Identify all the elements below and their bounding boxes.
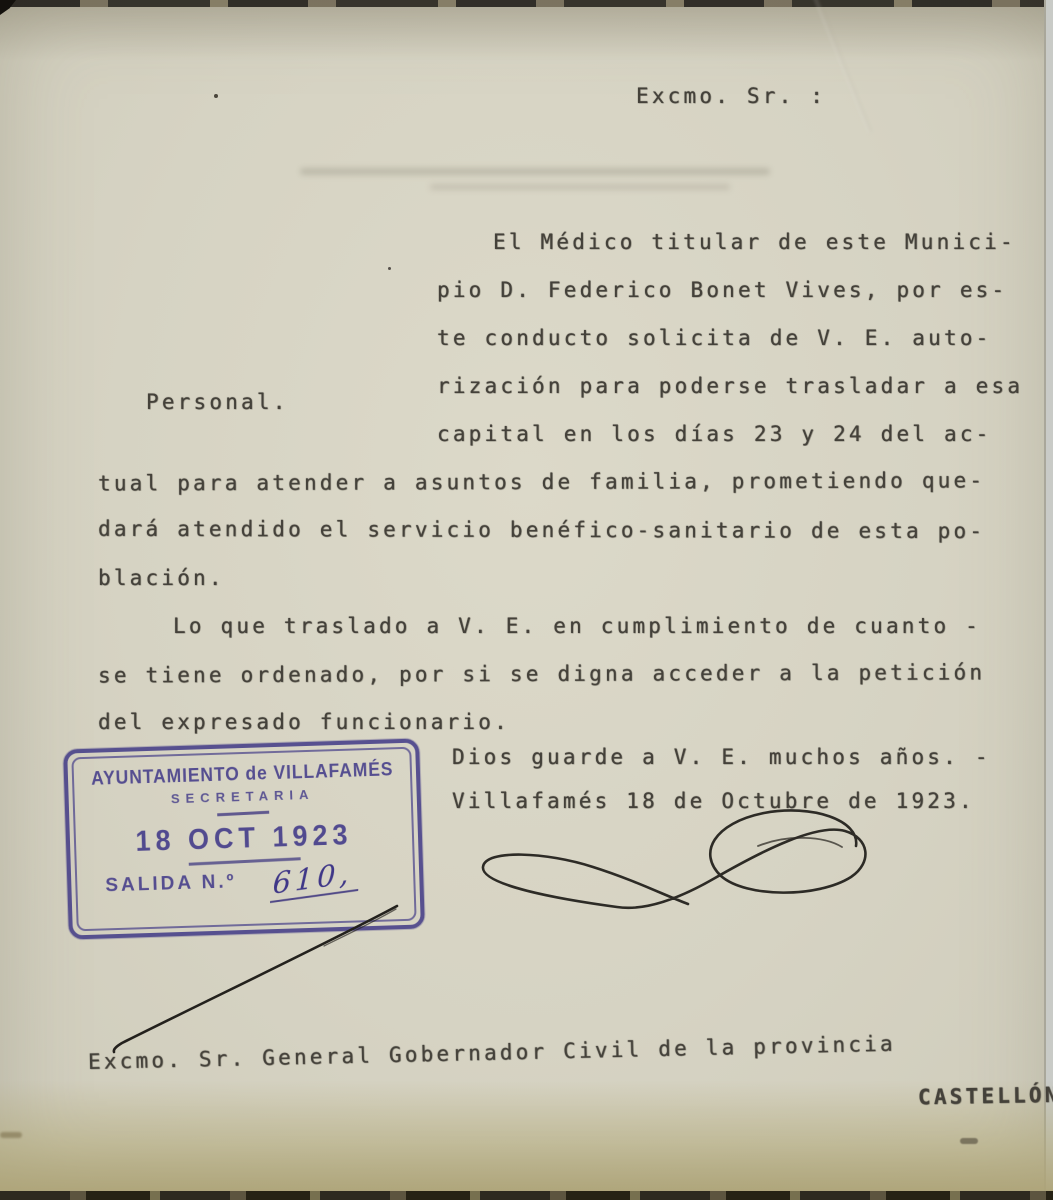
body-line: Lo que traslado a V. E. en cumplimiento … [173, 614, 981, 638]
closing-formula: Dios guarde a V. E. muchos años. - [452, 745, 991, 769]
stamp-exit-number: 610, [270, 855, 359, 904]
body-line: te conducto solicita de V. E. auto- [437, 326, 992, 350]
signature-flourish [0, 0, 1053, 1200]
ink-speck [0, 1132, 22, 1138]
stamp-department: SECRETARIA [171, 787, 315, 807]
ink-speck [960, 1138, 978, 1144]
margin-note: Personal. [146, 390, 289, 414]
stamp-exit-label: SALIDA N.º [105, 871, 237, 897]
salutation: Excmo. Sr. : [636, 84, 826, 108]
stamp-organization: AYUNTAMIENTO de VILLAFAMÉS [91, 759, 394, 790]
body-line: dará atendido el servicio benéfico-sanit… [98, 517, 985, 543]
stamp-exit-row: SALIDA N.º 610, [105, 867, 360, 903]
scan-top-edge [0, 0, 1053, 7]
addressee-city: CASTELLÓN. [918, 1083, 1053, 1110]
registry-stamp: AYUNTAMIENTO de VILLAFAMÉS SECRETARIA 18… [63, 738, 425, 939]
place-and-date: Villafamés 18 de Octubre de 1923. [452, 789, 975, 813]
ink-showthrough [430, 184, 730, 190]
ink-speck [214, 94, 218, 98]
body-line: del expresado funcionario. [98, 710, 510, 734]
addressee-line: Excmo. Sr. General Gobernador Civil de l… [88, 1032, 896, 1074]
ink-showthrough [300, 168, 770, 175]
scan-right-edge [1044, 0, 1053, 1200]
document-page: Excmo. Sr. : Personal. El Médico titular… [0, 0, 1053, 1200]
body-line: capital en los días 23 y 24 del ac- [437, 422, 992, 446]
scan-top-shadow [0, 7, 1053, 61]
paper-discoloration [0, 1080, 1053, 1200]
body-line: tual para atender a asuntos de familia, … [98, 468, 985, 495]
body-line: El Médico titular de este Munici- [493, 230, 1016, 254]
body-line: pio D. Federico Bonet Vives, por es- [437, 278, 1007, 302]
body-line: se tiene ordenado, por si se digna acced… [98, 660, 985, 687]
stamp-date: 18 OCT 1923 [135, 819, 353, 858]
stamp-rule [217, 811, 269, 817]
scan-bottom-edge [0, 1191, 1053, 1200]
registry-stamp-inner-border: AYUNTAMIENTO de VILLAFAMÉS SECRETARIA 18… [71, 747, 416, 932]
body-line: blación. [98, 566, 225, 590]
body-line: rización para poderse trasladar a esa [437, 374, 1023, 398]
ink-speck [388, 267, 391, 270]
